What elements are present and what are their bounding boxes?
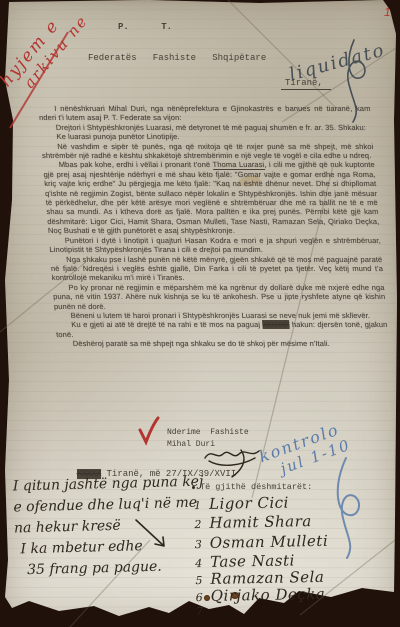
page-corner-number: 1 [384,5,391,19]
witness-name: Ligor Cici [209,493,289,512]
witness-number: 1 [191,499,201,512]
paragraph: Po ky pronar në regjimin e mëparshëm më … [52,283,386,311]
witness-number: 3 [192,538,202,551]
witness-row: 1 Ligor Cici [191,493,328,514]
witness-number: 5 [192,574,202,587]
paragraph-text: Mbas pak kohe, erdhi i vëllai i pronarit… [58,160,213,169]
witness-number: 6 [193,591,203,604]
paragraph-text: , i cili me gjithë që nuk kuptonte gjë p… [43,160,379,235]
paragraph-text: Ku e gjeti ai atë të drejtë të na rahi e… [71,320,263,329]
paragraph: Nga shkaku pse i lashë punën në këtë mën… [50,255,384,283]
paragraph: I nënëshkruari Mihal Duri, nga nënëprefe… [38,104,371,123]
paragraph: Mbas pak kohe, erdhi i vëllai i pronarit… [42,160,380,235]
witness-number: 7 [193,605,203,618]
header-org: Federatës Fashiste Shqipëtare [88,53,266,63]
witness-row: 6 Qirjako Deçka [193,585,330,605]
paragraph: Bëneni u lutem të haroi pronari i Shtypë… [54,311,387,320]
closing-salutation: Nderime Fashiste [167,428,249,437]
paragraph: Dëshëroj paratë sa më shpejt nga shkaku … [57,339,390,348]
witness-name: Qirjako Deçka [211,585,326,605]
ink-dot [192,486,195,489]
closing-signname: Mihal Duri [167,440,215,449]
witnesses-title: Të gjithë dëshmitarët: [200,482,312,492]
witnesses-list: 1 Ligor Cici 2 Hamit Shara 3 Osman Mulle… [191,493,330,618]
witness-name: Hamit Shara [209,512,312,532]
paragraph: Punëtori i dytë i linotipit i quajturi H… [48,236,381,255]
photo-background: P. T. Federatës Fashiste Shqipëtare Tira… [0,0,400,627]
witness-name: Osman Mulleti [210,532,329,552]
paragraph: Drejtori i Shtypëshkronjës Luarasi, më d… [39,123,372,132]
letter-body: I nënëshkruari Mihal Duri, nga nënëprefe… [38,104,389,349]
paragraph: Ke luarasi punoja punëtor Linotipije. [40,132,373,141]
witness-row: 3 Osman Mulleti [192,532,329,553]
witness-number: 2 [191,518,201,531]
left-margin-note: I qitun jashtë nga puna kej e ofendue dh… [13,472,206,582]
witness-number: 4 [192,557,202,570]
paragraph: Në vashdim e sipër të punës, nga që nxit… [41,142,374,161]
witness-row: 7 [193,603,330,618]
paragraph: Ku e gjeti ai atë të drejtë të na rahi e… [55,320,388,339]
struck-word: XXXXXX [262,320,290,329]
header-pt: P. T. [118,22,172,32]
witness-row: 2 Hamit Shara [191,512,328,534]
